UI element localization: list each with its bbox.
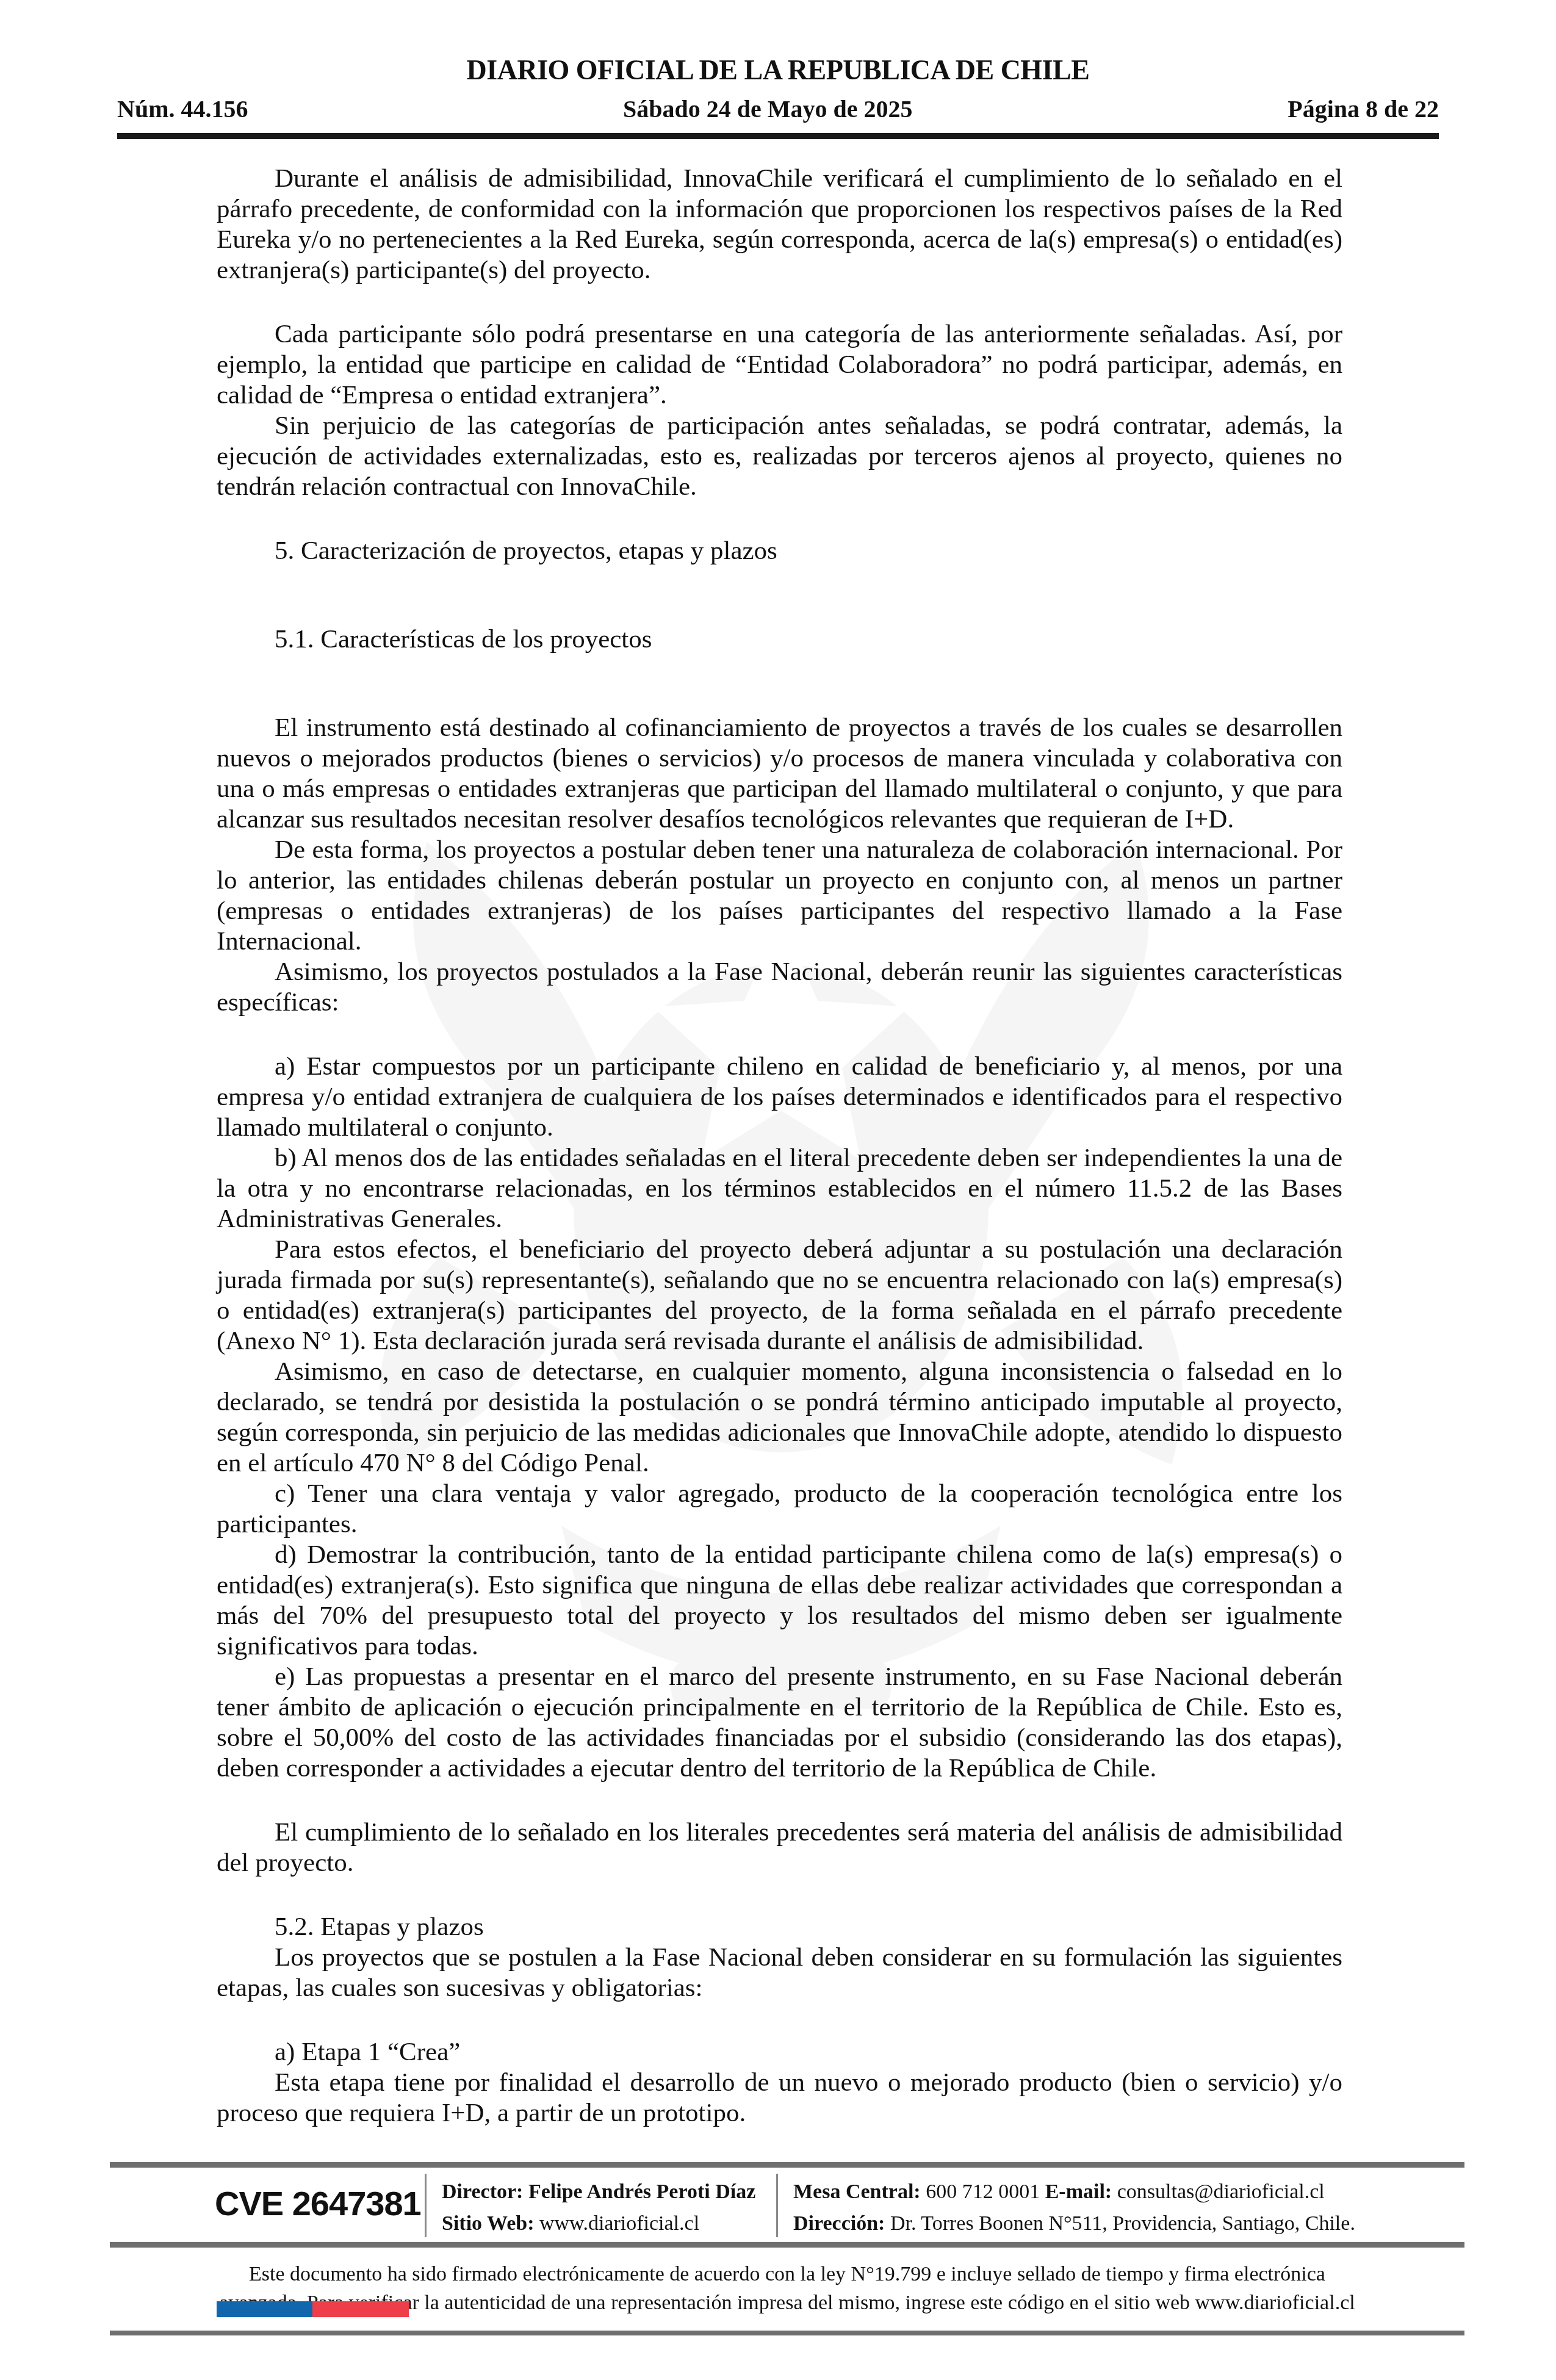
flag-red-block	[312, 2301, 409, 2317]
direccion-line: Dirección: Dr. Torres Boonen N°511, Prov…	[793, 2208, 1355, 2240]
stage-heading: a) Etapa 1 “Crea”	[217, 2037, 1342, 2068]
paragraph: De esta forma, los proyectos a postular …	[217, 835, 1342, 957]
director-label: Director:	[442, 2180, 523, 2203]
director-name: Felipe Andrés Peroti Díaz	[528, 2180, 755, 2203]
cve-code: CVE 2647381	[215, 2183, 421, 2223]
sitio-web-line: Sitio Web: www.diarioficial.cl	[442, 2208, 755, 2240]
section-heading: 5.2. Etapas y plazos	[217, 1912, 1342, 1942]
gazette-page: DIARIO OFICIAL DE LA REPUBLICA DE CHILE …	[0, 0, 1556, 2380]
director-line: Director: Felipe Andrés Peroti Díaz	[442, 2176, 755, 2208]
paragraph: El instrumento está destinado al cofinan…	[217, 713, 1342, 835]
page-indicator: Página 8 de 22	[1288, 95, 1439, 123]
paragraph: Para estos efectos, el beneficiario del …	[217, 1235, 1342, 1357]
footer-divider	[425, 2174, 427, 2237]
disclaimer-line-1: Este documento ha sido firmado electróni…	[110, 2260, 1464, 2288]
paragraph: Asimismo, los proyectos postulados a la …	[217, 957, 1342, 1018]
sitio-web-label: Sitio Web:	[442, 2212, 534, 2235]
paragraph: Cada participante sólo podrá presentarse…	[217, 319, 1342, 411]
direccion-label: Dirección:	[793, 2212, 885, 2235]
gobierno-de-chile-flag	[217, 2301, 409, 2317]
paragraph: Asimismo, en caso de detectarse, en cual…	[217, 1357, 1342, 1479]
mesa-central-number: 600 712 0001	[926, 2180, 1040, 2203]
list-item-b: b) Al menos dos de las entidades señalad…	[217, 1143, 1342, 1235]
header-rule	[117, 133, 1439, 139]
cve-band: CVE 2647381 Director: Felipe Andrés Pero…	[110, 2173, 1464, 2238]
document-body: Durante el análisis de admisibilidad, In…	[217, 164, 1342, 2129]
list-item-c: c) Tener una clara ventaja y valor agreg…	[217, 1479, 1342, 1540]
footer-rule-top	[110, 2162, 1464, 2168]
footer-director-column: Director: Felipe Andrés Peroti Díaz Siti…	[442, 2176, 755, 2240]
list-item-a: a) Estar compuestos por un participante …	[217, 1051, 1342, 1143]
paragraph: Durante el análisis de admisibilidad, In…	[217, 164, 1342, 286]
footer-divider	[776, 2174, 778, 2237]
paragraph: El cumplimiento de lo señalado en los li…	[217, 1817, 1342, 1878]
issue-date: Sábado 24 de Mayo de 2025	[623, 95, 913, 123]
list-item-d: d) Demostrar la contribución, tanto de l…	[217, 1540, 1342, 1662]
paragraph: Los proyectos que se postulen a la Fase …	[217, 1942, 1342, 2003]
issue-number: Núm. 44.156	[117, 95, 248, 123]
flag-blue-block	[217, 2301, 312, 2317]
paragraph: Sin perjuicio de las categorías de parti…	[217, 411, 1342, 502]
page-footer: CVE 2647381 Director: Felipe Andrés Pero…	[110, 2162, 1464, 2335]
page-header: DIARIO OFICIAL DE LA REPUBLICA DE CHILE …	[117, 54, 1439, 139]
header-meta-row: Núm. 44.156 Sábado 24 de Mayo de 2025 Pá…	[117, 95, 1439, 123]
section-heading: 5.1. Características de los proyectos	[217, 624, 1342, 655]
sitio-web-url: www.diarioficial.cl	[539, 2212, 699, 2235]
footer-rule-middle	[110, 2242, 1464, 2248]
footer-rule-bottom	[110, 2331, 1464, 2335]
direccion-value: Dr. Torres Boonen N°511, Providencia, Sa…	[890, 2212, 1355, 2235]
list-item-e: e) Las propuestas a presentar en el marc…	[217, 1662, 1342, 1784]
paragraph: Esta etapa tiene por finalidad el desarr…	[217, 2068, 1342, 2129]
email-label: E-mail:	[1045, 2180, 1112, 2203]
email-address: consultas@diarioficial.cl	[1117, 2180, 1325, 2203]
mesa-central-line: Mesa Central: 600 712 0001 E-mail: consu…	[793, 2176, 1355, 2208]
mesa-central-label: Mesa Central:	[793, 2180, 921, 2203]
masthead-title: DIARIO OFICIAL DE LA REPUBLICA DE CHILE	[117, 54, 1439, 86]
section-heading: 5. Caracterización de proyectos, etapas …	[217, 536, 1342, 566]
footer-contact-column: Mesa Central: 600 712 0001 E-mail: consu…	[793, 2176, 1355, 2240]
